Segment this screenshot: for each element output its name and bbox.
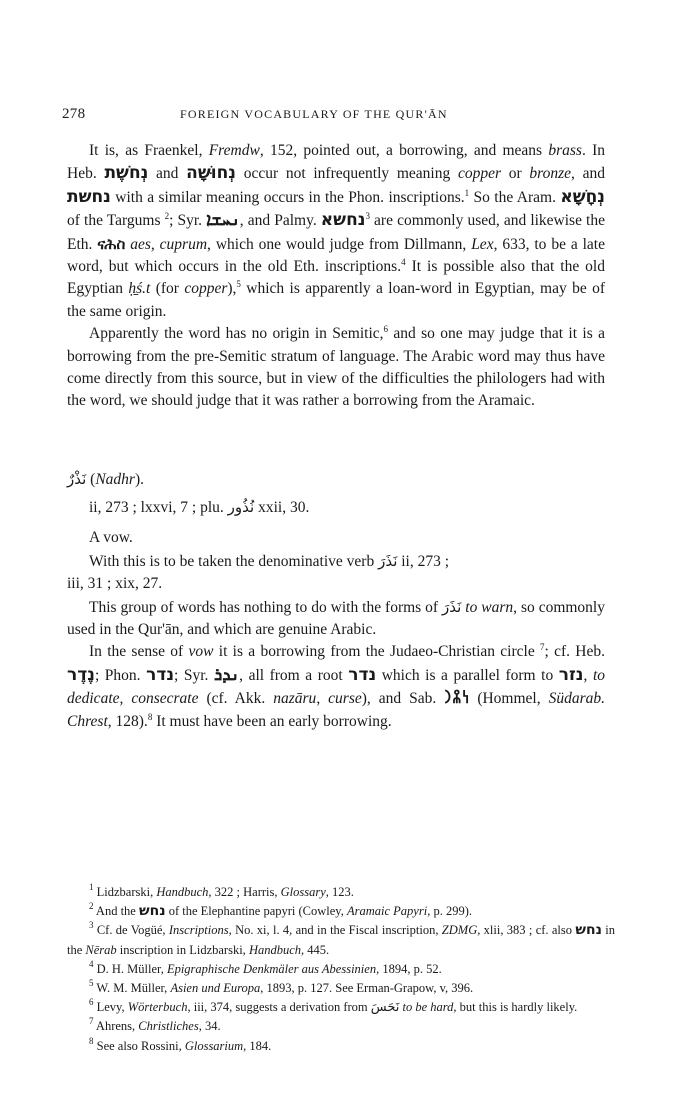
text-span: This group of words has nothing to do wi…	[89, 599, 442, 616]
text-span: Lex	[471, 236, 493, 253]
text-span: ), and Sab.	[362, 690, 444, 707]
text-span: , No. xi, l. 4, and in the Fiscal inscri…	[229, 923, 442, 937]
paragraph-warn: This group of words has nothing to do wi…	[67, 596, 605, 642]
text-span: נחש	[575, 922, 602, 938]
page-number: 278	[62, 106, 85, 123]
text-span: vow	[189, 643, 214, 660]
text-span: Aramaic Papyri	[347, 904, 427, 918]
text-span: to warn	[461, 599, 513, 616]
text-span: nazāru	[273, 690, 316, 707]
text-span: bronze	[529, 165, 571, 182]
sabaean-word: 𐩬𐩮𐩧	[444, 689, 469, 707]
footnote: 8 See also Rossini, Glossarium, 184.	[67, 1037, 615, 1056]
text-span: ,	[316, 690, 328, 707]
text-span: , but this is hardly likely.	[453, 1000, 577, 1014]
footnote: 1 Lidzbarski, Handbuch, 322 ; Harris, Gl…	[67, 883, 615, 902]
text-span: , 1893, p. 127. See Erman-Grapow, v, 396…	[260, 981, 473, 995]
text-span: Apparently the word has no origin in Sem…	[89, 325, 384, 342]
headword-transliteration: Nadhr	[95, 471, 135, 488]
paragraph-verb: With this is to be taken the denominativ…	[67, 550, 605, 573]
text-span: ii, 273 ;	[397, 553, 449, 570]
text-span: Glossarium	[185, 1039, 243, 1053]
entry-definition: A vow.	[67, 527, 605, 549]
text-span: Handbuch	[156, 885, 208, 899]
text-span: of the Elephantine papyri (Cowley,	[166, 904, 347, 918]
text-span: xxii, 30.	[254, 499, 309, 516]
hebrew-word: נֶדֶר	[67, 665, 95, 685]
text-span: And the	[94, 904, 139, 918]
text-span: Nērab	[85, 943, 116, 957]
text-span: , p. 299).	[427, 904, 472, 918]
text-span: , 1894, p. 52.	[376, 962, 442, 976]
text-span: it is a borrowing from the Judaeo-Christ…	[213, 643, 540, 660]
footnote: 3 Cf. de Vogüé, Inscriptions, No. xi, l.…	[67, 921, 615, 959]
text-span: Ahrens,	[94, 1019, 139, 1033]
text-span: ,	[584, 667, 593, 684]
ethiopic-word: ናሕስ	[97, 235, 125, 253]
text-span: With this is to be taken the denominativ…	[89, 553, 378, 570]
entry-references: ii, 273 ; lxxvi, 7 ; plu. نُذُور xxii, 3…	[67, 496, 605, 519]
text-span: inscription in Lidzbarski,	[117, 943, 249, 957]
text-span: Christliches	[138, 1019, 198, 1033]
text-span: with a similar meaning occurs in the Pho…	[111, 189, 465, 206]
text-span: to be hard	[399, 1000, 453, 1014]
text-span: It is, as Fraenkel,	[89, 142, 209, 159]
text-span: Glossary	[281, 885, 326, 899]
text-span: Levy,	[94, 1000, 128, 1014]
text-span: Fremdw	[209, 142, 260, 159]
text-span: Lidzbarski,	[94, 885, 157, 899]
paragraph-vow: In the sense of vow it is a borrowing fr…	[67, 641, 605, 733]
main-text-block-1: It is, as Fraenkel, Fremdw, 152, pointed…	[67, 140, 605, 413]
text-span: In the sense of	[89, 643, 189, 660]
page-header: 278 FOREIGN VOCABULARY OF THE QUR'ĀN	[62, 106, 618, 126]
footnotes: 1 Lidzbarski, Handbuch, 322 ; Harris, Gl…	[67, 883, 615, 1056]
text-span: נחש	[139, 903, 166, 919]
text-span: ii, 273 ; lxxvi, 7 ; plu.	[89, 499, 228, 516]
main-text-block-2: ii, 273 ; lxxvi, 7 ; plu. نُذُور xxii, 3…	[67, 496, 605, 733]
text-span: , 322 ; Harris,	[208, 885, 280, 899]
text-span: , 184.	[243, 1039, 271, 1053]
text-span: See also Rossini,	[94, 1039, 185, 1053]
book-page: 278 FOREIGN VOCABULARY OF THE QUR'ĀN It …	[0, 0, 680, 1102]
text-span: ; Syr.	[174, 667, 214, 684]
arabic-verb: نَذَرَ	[378, 552, 397, 570]
text-span: copper	[184, 280, 227, 297]
footnote: 2 And the נחש of the Elephantine papyri …	[67, 902, 615, 921]
text-span: Handbuch	[249, 943, 301, 957]
text-span: occur not infrequently meaning	[236, 165, 458, 182]
text-span: Asien und Europa	[170, 981, 260, 995]
text-span: Wörterbuch	[128, 1000, 188, 1014]
text-span: , xlii, 383 ; cf. also	[477, 923, 575, 937]
phoenician-word: נדר	[146, 665, 174, 685]
text-span: ; Syr.	[169, 212, 206, 229]
hebrew-word: נְחֹשֶׁת	[104, 163, 148, 183]
syriac-word: ܢܕܪ	[214, 665, 239, 685]
paragraph-brass: It is, as Fraenkel, Fremdw, 152, pointed…	[67, 140, 605, 323]
hebrew-word: נחשת	[67, 187, 111, 207]
text-span: , and	[571, 165, 605, 182]
text-span: copper	[458, 165, 501, 182]
text-span: , 34.	[199, 1019, 221, 1033]
text-span: W. M. Müller,	[94, 981, 171, 995]
text-span: (cf. Akk.	[199, 690, 274, 707]
text-span: Epigraphische Denkmäler aus Abessinien	[167, 962, 376, 976]
text-span: Cf. de Vogüé,	[94, 923, 169, 937]
text-span: ḥ̱ś.t	[128, 280, 150, 297]
arabic-headword: نَذْرٌ	[67, 470, 86, 488]
hebrew-root: נדר	[348, 665, 376, 685]
text-span: , iii, 374, suggests a derivation from	[187, 1000, 370, 1014]
arabic-plural: نُذُور	[228, 498, 255, 516]
paragraph-origin: Apparently the word has no origin in Sem…	[67, 323, 605, 413]
text-span: ; Phon.	[95, 667, 146, 684]
text-span: , and Palmy.	[240, 212, 321, 229]
text-span: D. H. Müller,	[94, 962, 167, 976]
entry-heading: نَذْرٌ (Nadhr).	[67, 470, 144, 489]
text-span: نَحَسَ	[371, 1000, 400, 1015]
text-span: which is a parallel form to	[376, 667, 559, 684]
text-span: , which one would judge from Dillmann,	[207, 236, 471, 253]
text-span: It must have been an early borrowing.	[152, 713, 391, 730]
text-span: (Hommel,	[469, 690, 548, 707]
footnote: 7 Ahrens, Christliches, 34.	[67, 1017, 615, 1036]
text-span: (for	[150, 280, 184, 297]
text-span: , all from a root	[239, 667, 348, 684]
arabic-verb: نَذَرَ	[442, 598, 461, 616]
aramaic-word: נְחָשָׁא	[560, 187, 605, 207]
text-span: So the Aram.	[469, 189, 560, 206]
footnote: 6 Levy, Wörterbuch, iii, 374, suggests a…	[67, 998, 615, 1017]
footnote: 4 D. H. Müller, Epigraphische Denkmäler …	[67, 960, 615, 979]
text-span: brass	[548, 142, 582, 159]
footnote: 5 W. M. Müller, Asien und Europa, 1893, …	[67, 979, 615, 998]
hebrew-word: נְחוּשָׁה	[186, 163, 236, 183]
text-span: and	[148, 165, 186, 182]
palmyrene-word: נחשא	[321, 210, 366, 230]
running-title: FOREIGN VOCABULARY OF THE QUR'ĀN	[180, 107, 448, 122]
hebrew-word: נזר	[559, 665, 584, 685]
text-span: Inscriptions	[169, 923, 229, 937]
paragraph-verb-refs: iii, 31 ; xix, 27.	[67, 573, 605, 595]
text-span: curse	[328, 690, 362, 707]
text-span: aes, cuprum	[130, 236, 207, 253]
text-span: , 152, pointed out, a borrowing, and mea…	[260, 142, 549, 159]
syriac-word: ܢܚܫܐ	[206, 210, 240, 230]
text-span: ; cf. Heb.	[545, 643, 606, 660]
text-span: of the Targums	[67, 212, 165, 229]
text-span: , 128).	[108, 713, 148, 730]
text-span: , 123.	[326, 885, 354, 899]
text-span: or	[501, 165, 529, 182]
text-span: , 445.	[301, 943, 329, 957]
text-span: ZDMG	[442, 923, 477, 937]
